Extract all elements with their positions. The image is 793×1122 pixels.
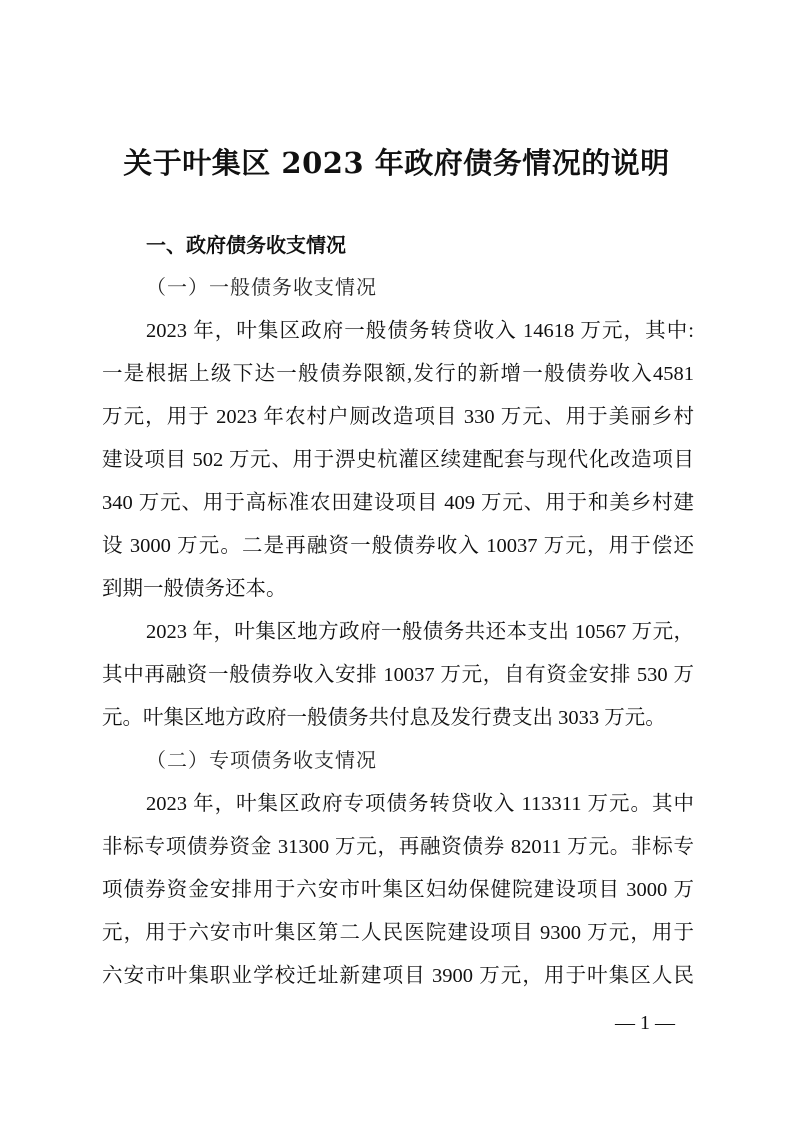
page-number: — 1 — — [600, 1008, 690, 1038]
paragraph-line: 建设项目 502 万元、用于淠史杭灌区续建配套与现代化改造项目 — [102, 445, 694, 475]
subsection-heading-special-debt: （二）专项债务收支情况 — [146, 745, 377, 775]
paragraph-line: 2023 年，叶集区地方政府一般债务共还本支出 10567 万元， — [146, 617, 694, 647]
paragraph-line: 到期一般债务还本。 — [102, 574, 694, 604]
paragraph-line: 元。叶集区地方政府一般债务共付息及发行费支出 3033 万元。 — [102, 703, 694, 733]
paragraph-line: 项债券资金安排用于六安市叶集区妇幼保健院建设项目 3000 万 — [102, 875, 694, 905]
paragraph-line: 2023 年，叶集区政府一般债务转贷收入 14618 万元，其中: — [146, 316, 694, 346]
paragraph-line: 一是根据上级下达一般债券限额,发行的新增一般债券收入4581 — [102, 359, 694, 389]
paragraph-line: 设 3000 万元。二是再融资一般债券收入 10037 万元，用于偿还 — [102, 531, 694, 561]
paragraph-line: 万元，用于 2023 年农村户厕改造项目 330 万元、用于美丽乡村 — [102, 402, 694, 432]
document-page: 关于叶集区 2023 年政府债务情况的说明 一、政府债务收支情况 （一）一般债务… — [0, 0, 793, 1122]
section-heading-debt-revenue-expenditure: 一、政府债务收支情况 — [146, 230, 346, 260]
paragraph-line: 元，用于六安市叶集区第二人民医院建设项目 9300 万元，用于 — [102, 918, 694, 948]
paragraph-line: 其中再融资一般债券收入安排 10037 万元，自有资金安排 530 万 — [102, 660, 694, 690]
paragraph-line: 340 万元、用于高标准农田建设项目 409 万元、用于和美乡村建 — [102, 488, 694, 518]
paragraph-line: 六安市叶集职业学校迁址新建项目 3900 万元，用于叶集区人民 — [102, 961, 694, 991]
subsection-heading-general-debt: （一）一般债务收支情况 — [146, 272, 377, 302]
document-title: 关于叶集区 2023 年政府债务情况的说明 — [0, 143, 793, 183]
paragraph-line: 非标专项债券资金 31300 万元，再融资债券 82011 万元。非标专 — [102, 832, 694, 862]
paragraph-line: 2023 年，叶集区政府专项债务转贷收入 113311 万元。其中 — [146, 789, 694, 819]
